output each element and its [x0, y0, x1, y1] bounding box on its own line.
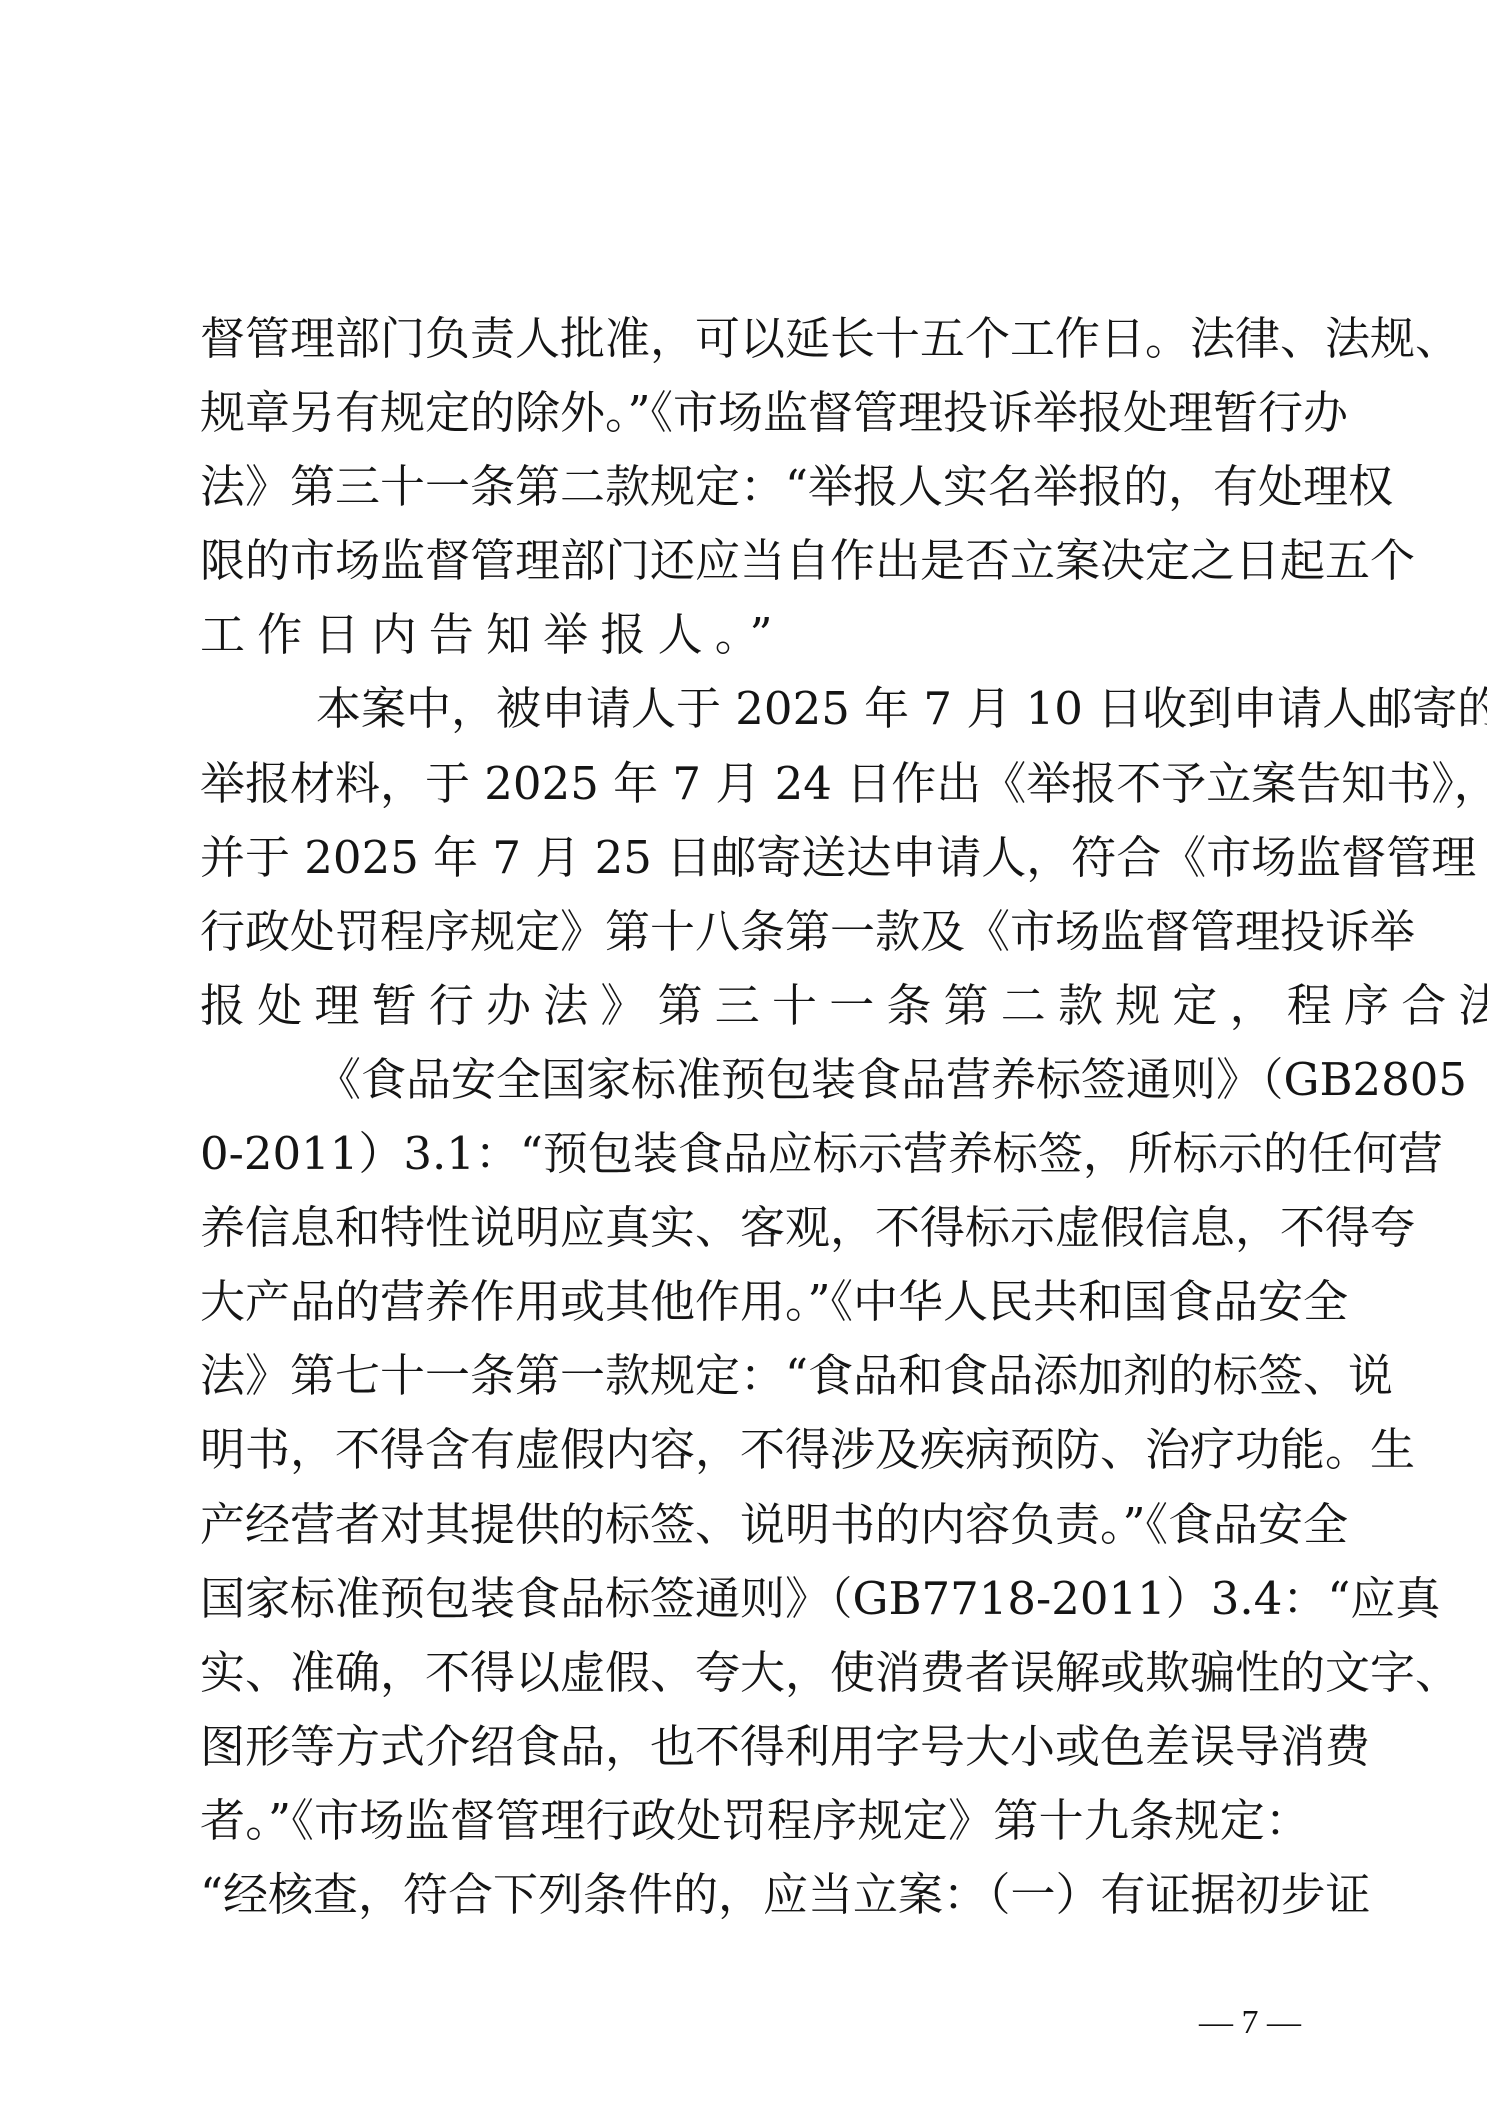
paragraph-food-standards-start: 《食品安全国家标准预包装食品营养标签通则》（GB2805 [200, 1051, 1310, 1125]
text-line-16: 明书，不得含有虚假内容，不得涉及疾病预防、治疗功能。生 [200, 1421, 1310, 1495]
text-line-3: 法》第三十一条第二款规定：“举报人实名举报的，有处理权 [200, 458, 1310, 532]
text-line-8: 并于 2025 年 7 月 25 日邮寄送达申请人，符合《市场监督管理 [200, 829, 1310, 903]
text-line-13: 养信息和特性说明应真实、客观，不得标示虚假信息，不得夸 [200, 1199, 1310, 1273]
paragraph-case-facts-start: 本案中，被申请人于 2025 年 7 月 10 日收到申请人邮寄的 [200, 680, 1310, 754]
text-line-1: 督管理部门负责人批准，可以延长十五个工作日。法律、法规、 [200, 310, 1310, 384]
text-line-15: 法》第七十一条第一款规定：“食品和食品添加剂的标签、说 [200, 1347, 1310, 1421]
text-line-10: 报处理暂行办法》第三十一条第二款规定，程序合法。 [200, 977, 1310, 1051]
text-line-12: 0-2011）3.1：“预包装食品应标示营养标签，所标示的任何营 [200, 1125, 1310, 1199]
text-line-22: “经核查，符合下列条件的，应当立案：（一）有证据初步证 [200, 1866, 1310, 1940]
page-number: — 7 — [1180, 2003, 1320, 2043]
text-line-20: 图形等方式介绍食品，也不得利用字号大小或色差误导消费 [200, 1718, 1310, 1792]
document-page: 督管理部门负责人批准，可以延长十五个工作日。法律、法规、 规章另有规定的除外。”… [0, 0, 1487, 2105]
text-line-4: 限的市场监督管理部门还应当自作出是否立案决定之日起五个 [200, 532, 1310, 606]
text-line-17: 产经营者对其提供的标签、说明书的内容负责。”《食品安全 [200, 1496, 1310, 1570]
text-line-18: 国家标准预包装食品标签通则》（GB7718-2011）3.4：“应真 [200, 1570, 1310, 1644]
text-line-21: 者。”《市场监督管理行政处罚程序规定》第十九条规定： [200, 1792, 1310, 1866]
body-text: 督管理部门负责人批准，可以延长十五个工作日。法律、法规、 规章另有规定的除外。”… [200, 310, 1310, 1940]
text-line-9: 行政处罚程序规定》第十八条第一款及《市场监督管理投诉举 [200, 903, 1310, 977]
text-line-14: 大产品的营养作用或其他作用。”《中华人民共和国食品安全 [200, 1273, 1310, 1347]
text-line-2: 规章另有规定的除外。”《市场监督管理投诉举报处理暂行办 [200, 384, 1310, 458]
text-line-19: 实、准确，不得以虚假、夸大，使消费者误解或欺骗性的文字、 [200, 1644, 1310, 1718]
text-line-7: 举报材料，于 2025 年 7 月 24 日作出《举报不予立案告知书》， [200, 755, 1310, 829]
text-line-5: 工作日内告知举报人。” [200, 606, 1310, 680]
